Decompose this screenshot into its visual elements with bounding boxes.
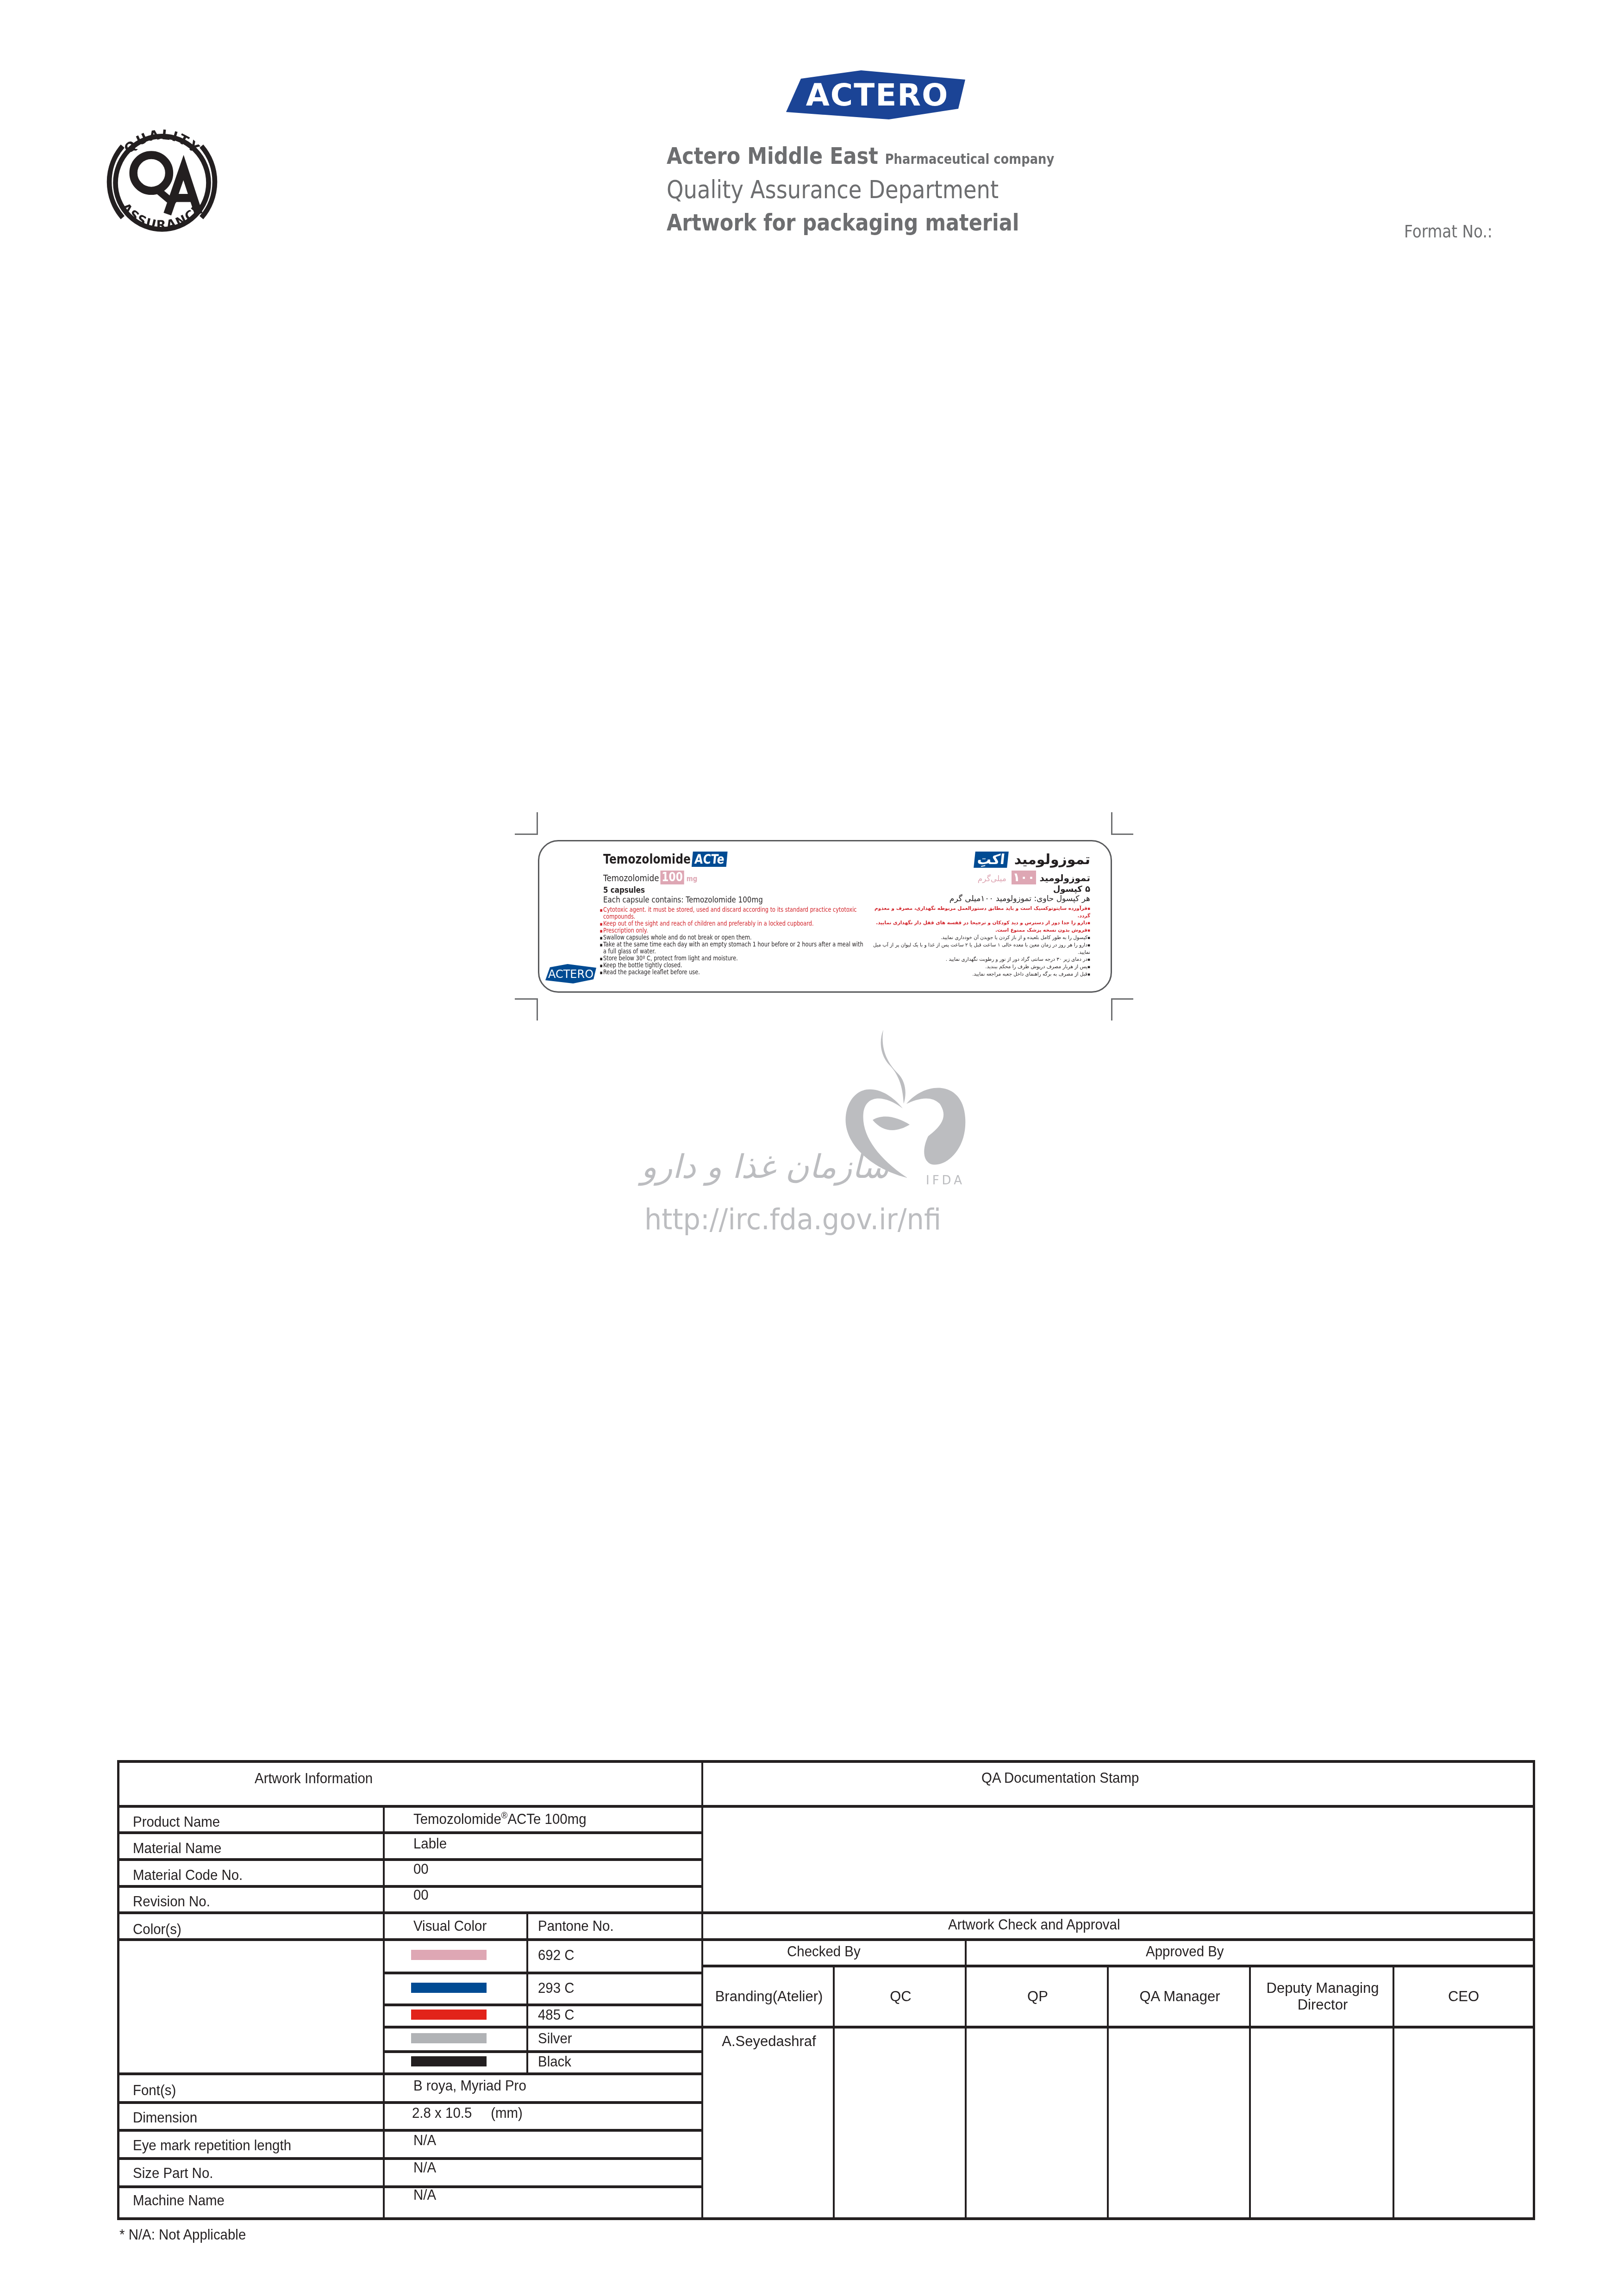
role-header: CEO — [1394, 1967, 1533, 2026]
dose-name-en: Temozolomide — [603, 872, 659, 884]
row-divider — [117, 1911, 702, 1914]
dose-value-en: 100 — [661, 871, 684, 884]
ifda-abbreviation: IFDA — [926, 1174, 965, 1188]
row-divider — [117, 2129, 702, 2132]
table-border — [1533, 1760, 1535, 2220]
signature-cell[interactable] — [1109, 2028, 1251, 2217]
label-title-en: TemozolomideACTe — [603, 852, 837, 867]
actero-logo-icon: ACTERO — [782, 69, 972, 120]
pantone-value: Black — [538, 2053, 571, 2070]
company-name-text: Actero Middle East — [667, 143, 878, 169]
approved-by-heading: Approved By — [1146, 1943, 1224, 1960]
material-name-label: Material Name — [133, 1840, 221, 1857]
dose-name-fa: تموزولومید — [1039, 872, 1090, 884]
eye-mark-value: N/A — [413, 2132, 436, 2149]
row-divider — [117, 1805, 702, 1808]
instruction-item: در دمای زیر ۳۰ درجه سانتی گراد دور از نو… — [861, 956, 1090, 964]
instruction-item: دارو را هر روز در زمان معین با معده خالی… — [861, 942, 1090, 956]
svg-text:ACTERO: ACTERO — [806, 77, 949, 113]
role-header: Deputy Managing Director — [1251, 1967, 1394, 2026]
color-swatch — [411, 2033, 487, 2043]
size-part-value: N/A — [413, 2159, 436, 2176]
role-header: QA Manager — [1109, 1967, 1251, 2026]
instruction-item: پس از هربار مصرف درپوش ظرف را محکم ببندی… — [861, 964, 1090, 971]
label-english-panel: TemozolomideACTe Temozolomide100 mg 5 ca… — [603, 852, 881, 976]
company-name: Actero Middle East Pharmaceutical compan… — [667, 143, 1054, 169]
table-border — [117, 2217, 1535, 2220]
column-divider — [383, 1805, 385, 2219]
material-code-label: Material Code No. — [133, 1867, 243, 1884]
instruction-item: Swallow capsules whole and do not break … — [603, 934, 868, 941]
svg-text:QUALITY: QUALITY — [121, 127, 203, 157]
colors-label: Color(s) — [133, 1921, 181, 1938]
row-divider — [384, 1972, 702, 1974]
row-divider — [117, 1938, 702, 1941]
document-title: Artwork for packaging material — [667, 209, 1019, 236]
size-part-label: Size Part No. — [133, 2165, 213, 2182]
instruction-item: Read the package leaflet before use. — [603, 969, 868, 976]
fonts-value: B roya, Myriad Pro — [413, 2077, 526, 2094]
signature-cell[interactable]: A.Seyedashraf — [703, 2028, 835, 2217]
eye-mark-label: Eye mark repetition length — [133, 2137, 291, 2154]
checked-by-heading: Checked By — [787, 1943, 861, 1960]
label-persian-panel: تموزولومید اکتِ تموزولومید ۱۰۰ میلی‌گرم … — [861, 852, 1090, 978]
crop-mark — [1111, 834, 1133, 835]
row-divider — [701, 1911, 1535, 1914]
row-divider — [117, 2101, 702, 2104]
instruction-item: دارو را جدا دور از دسترس و دید کودکان و … — [861, 920, 1090, 927]
qa-stamp-area[interactable] — [703, 1808, 1533, 1911]
role-header: QC — [835, 1967, 967, 2026]
footnote: * N/A: Not Applicable — [119, 2226, 246, 2243]
brand-badge-en: ACTe — [692, 852, 727, 867]
instruction-item: قبل از مصرف به برگه راهنمای داخل جعبه مر… — [861, 971, 1090, 978]
material-name-value: Lable — [413, 1835, 447, 1852]
dose-unit-en: mg — [687, 874, 698, 883]
pantone-value: 293 C — [538, 1979, 575, 1997]
visual-color-header: Visual Color — [413, 1917, 487, 1935]
signature-cell[interactable] — [835, 2028, 967, 2217]
capsule-count-en: 5 capsules — [603, 885, 837, 895]
row-divider — [117, 2157, 702, 2160]
role-header: QP — [967, 1967, 1109, 2026]
row-divider — [701, 1938, 1535, 1941]
label-dose-fa: تموزولومید ۱۰۰ میلی‌گرم — [861, 871, 1090, 884]
crop-mark — [1111, 998, 1112, 1020]
qa-stamp-heading: QA Documentation Stamp — [981, 1769, 1139, 1786]
color-swatch — [411, 1950, 487, 1960]
role-header: Branding(Atelier) — [703, 1967, 835, 2026]
dose-value-fa: ۱۰۰ — [1012, 871, 1037, 884]
machine-name-label: Machine Name — [133, 2192, 225, 2209]
revision-no-label: Revision No. — [133, 1893, 210, 1910]
row-divider — [117, 2072, 702, 2075]
ifda-url-link[interactable]: http://irc.fda.gov.ir/nfi — [644, 1202, 941, 1236]
color-swatch — [411, 1983, 487, 1993]
product-name-label: Product Name — [133, 1813, 220, 1830]
instruction-item: Take at the same time each day with an e… — [603, 941, 868, 955]
signature-cell[interactable] — [1394, 2028, 1533, 2217]
machine-name-value: N/A — [413, 2186, 436, 2203]
dimension-label: Dimension — [133, 2109, 197, 2126]
company-suffix: Pharmaceutical company — [885, 151, 1055, 168]
composition-fa: هر کپسول حاوی: تموزولومید ۱۰۰میلی گرم — [861, 894, 1090, 903]
artwork-info-heading: Artwork Information — [255, 1770, 373, 1787]
signature-cell[interactable] — [1251, 2028, 1394, 2217]
instructions-list-fa: فرآورده سایتوتوکسیک است و باید مطابق دست… — [861, 905, 1090, 978]
signature-cell[interactable] — [967, 2028, 1109, 2217]
instruction-item: فرآورده سایتوتوکسیک است و باید مطابق دست… — [861, 905, 1090, 920]
pantone-value: 692 C — [538, 1947, 575, 1964]
dimension-value: 2.8 x 10.5 (mm) — [412, 2104, 523, 2122]
color-swatch — [411, 2010, 487, 2020]
material-code-value: 00 — [413, 1860, 429, 1878]
instruction-item: فروش بدون نسخه پزشک ممنوع است. — [861, 927, 1090, 934]
product-name-fa: تموزولومید — [1014, 852, 1090, 868]
registered-mark: ® — [501, 1811, 508, 1821]
pantone-value: Silver — [538, 2030, 572, 2047]
crop-mark — [537, 812, 538, 834]
pantone-header: Pantone No. — [538, 1917, 614, 1935]
crop-mark — [537, 998, 538, 1020]
row-divider — [117, 1831, 702, 1834]
ifda-name-fa: سازمان غذا و دارو — [641, 1148, 889, 1186]
instructions-list-en: Cytotoxic agent. it must be stored, used… — [603, 907, 868, 976]
table-border — [117, 1760, 1535, 1763]
crop-mark — [1111, 998, 1133, 1000]
product-name-suffix: ACTe 100mg — [507, 1811, 586, 1827]
row-divider — [117, 1858, 702, 1861]
row-divider — [117, 1885, 702, 1888]
product-name-en: Temozolomide — [603, 852, 691, 867]
pantone-value: 485 C — [538, 2006, 575, 2023]
capsule-count-fa: ۵ کپسول — [861, 884, 1090, 894]
table-border — [117, 1760, 119, 2220]
crop-mark — [1111, 812, 1112, 834]
quality-assurance-seal-icon: QUALITY ASSURANCE — [95, 115, 229, 249]
instruction-item: Keep out of the sight and reach of child… — [603, 921, 868, 927]
crop-mark — [515, 834, 538, 835]
department-name: Quality Assurance Department — [667, 175, 999, 204]
instruction-item: Store below 30º C, protect from light an… — [603, 955, 868, 962]
row-divider — [117, 2185, 702, 2188]
instruction-item: Keep the bottle tightly closed. — [603, 962, 868, 969]
product-name-text: Temozolomide — [413, 1811, 501, 1827]
format-number-label: Format No.: — [1404, 221, 1493, 242]
instruction-item: کپسول را به طور کامل بلعیده و از باز کرد… — [861, 934, 1090, 942]
revision-no-value: 00 — [413, 1886, 429, 1904]
approval-heading: Artwork Check and Approval — [948, 1916, 1120, 1933]
crop-mark — [515, 998, 538, 1000]
label-dose-en: Temozolomide100 mg — [603, 871, 837, 884]
row-divider — [384, 2026, 702, 2028]
instruction-item: Cytotoxic agent. it must be stored, used… — [603, 907, 868, 921]
label-title-fa: تموزولومید اکتِ — [861, 852, 1090, 868]
instruction-item: Prescription only. — [603, 927, 868, 934]
column-divider — [526, 1911, 528, 2073]
composition-en: Each capsule contains: Temozolomide 100m… — [603, 895, 837, 905]
dose-unit-fa: میلی‌گرم — [978, 874, 1006, 884]
actero-mini-logo-icon: ACTERO — [544, 964, 598, 984]
svg-text:ACTERO: ACTERO — [548, 968, 593, 981]
product-name-value: Temozolomide®ACTe 100mg — [413, 1811, 587, 1828]
brand-badge-fa: اکتِ — [974, 852, 1008, 868]
color-swatch — [411, 2056, 487, 2066]
fonts-label: Font(s) — [133, 2082, 176, 2099]
